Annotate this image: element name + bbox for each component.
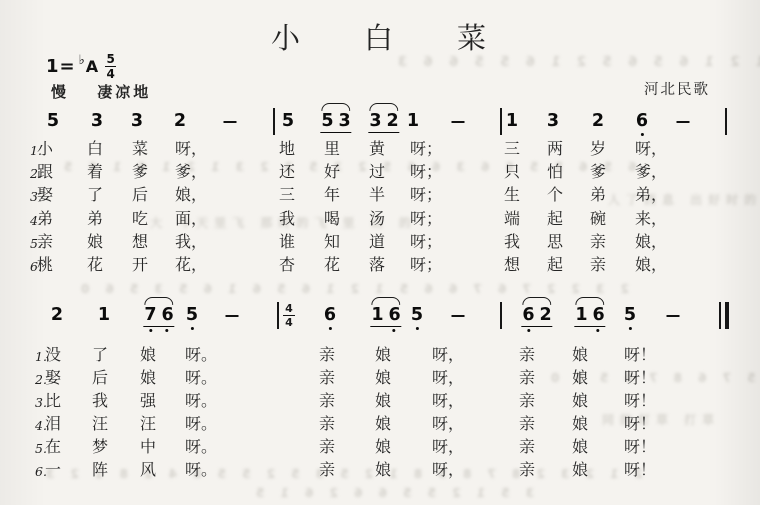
lyric-syllable: 亲	[519, 438, 535, 456]
lyric-syllable: 娘	[572, 415, 588, 433]
lyric-syllable: 在	[45, 438, 61, 456]
music-note: 1	[407, 101, 419, 140]
duration-dash	[226, 315, 239, 317]
lyric-syllable: 爹	[132, 163, 148, 181]
lyric-syllable: 地	[279, 140, 295, 158]
lyric-syllable: 娘，	[635, 256, 667, 274]
lyric-syllable: 娘	[140, 346, 156, 364]
music-note: 5	[282, 101, 294, 140]
beamed-digits: 32	[368, 111, 399, 133]
lyric-syllable: 半	[369, 186, 385, 204]
lyric-syllable: 面，	[175, 210, 207, 228]
slur-zone	[322, 101, 351, 111]
lyric-syllable: 年	[324, 186, 340, 204]
lyric-syllable: 呀，	[432, 369, 464, 387]
bleed-through-artifact: 同的灯草 打草	[602, 411, 720, 428]
lyric-syllable: 白	[87, 140, 103, 158]
bleed-through-artifact: 2 1 2 3 2 8 7 8 5 8 1 2 5 3 5 2 5 5 8 4 …	[40, 467, 643, 481]
music-note: 2	[174, 101, 186, 140]
lyric-syllable: 娘	[375, 346, 391, 364]
dot-zone	[625, 325, 636, 334]
octave-dot	[328, 327, 331, 330]
lyric-syllable: 花	[324, 256, 340, 274]
lyric-syllable: 岁	[590, 140, 606, 158]
lyric-syllable: 亲	[319, 415, 335, 433]
final-barline-thin	[719, 302, 721, 329]
lyric-syllable: 娘，	[175, 186, 207, 204]
lyric-syllable: 亲	[519, 461, 535, 479]
lyric-syllable: 呀，	[432, 392, 464, 410]
dot-zone	[187, 325, 198, 334]
lyric-syllable: 着	[87, 163, 103, 181]
lyric-syllable: 没	[45, 346, 61, 364]
barline	[725, 108, 727, 135]
dot-slot	[162, 329, 173, 332]
lyric-syllable: 汪	[92, 415, 108, 433]
lyric-syllable: 娘	[87, 233, 103, 251]
lyric-syllable: 过	[369, 163, 385, 181]
note-digit: 1	[371, 305, 383, 325]
lyric-syllable: 呀！	[624, 415, 656, 433]
lyric-syllable: 亲	[319, 461, 335, 479]
lyric-syllable: 三	[504, 140, 520, 158]
bleed-through-artifact: 2 3 2 2 7 6 7 6 6 5 1 2 1 6 5 6 1 6 5 3 …	[75, 282, 629, 296]
dot-slot	[412, 327, 423, 330]
tempo-mood: 凄凉地	[97, 83, 151, 101]
lyric-syllable: 呀；	[410, 163, 442, 181]
lyric-syllable: 开	[132, 256, 148, 274]
dot-zone	[524, 327, 551, 336]
lyric-syllable: 呀；	[410, 233, 442, 251]
octave-dot	[596, 329, 599, 332]
note-digit: 6	[324, 305, 336, 325]
octave-dot	[392, 329, 395, 332]
lyric-syllable: 我	[504, 233, 520, 251]
meter-bottom: 4	[106, 68, 114, 80]
note-digit: 5	[282, 111, 294, 131]
note-digit: 1	[98, 305, 110, 325]
slur-zone	[372, 295, 401, 305]
lyric-syllable: 亲	[319, 369, 335, 387]
lyric-syllable: 好	[324, 163, 340, 181]
note-digit: 1	[407, 111, 419, 131]
note-digit: 5	[411, 305, 423, 325]
note-digit: 6	[636, 111, 648, 131]
lyric-syllable: 娶	[37, 186, 53, 204]
note-digit: 5	[321, 111, 333, 131]
slur	[145, 297, 174, 305]
lyric-syllable: 我，	[175, 233, 207, 251]
lyric-syllable: 爹，	[175, 163, 207, 181]
note-pair: 53	[320, 101, 351, 142]
lyric-syllable: 风	[140, 461, 156, 479]
dot-zone	[373, 327, 400, 336]
lyric-syllable: 娘	[572, 369, 588, 387]
lyric-syllable: 梦	[92, 438, 108, 456]
note-digit: 2	[387, 111, 399, 131]
music-note: 6	[636, 101, 648, 140]
barline	[273, 108, 275, 135]
meter-top: 5	[106, 53, 114, 65]
lyric-syllable: 娘	[375, 461, 391, 479]
lyric-syllable: 里	[324, 140, 340, 158]
beamed-digits: 53	[320, 111, 351, 133]
music-note: 5	[47, 101, 59, 140]
dot-slot	[389, 329, 400, 332]
bleed-through-artifact: 人了西息 出好时的	[608, 191, 760, 208]
duration-dash	[452, 315, 465, 317]
music-note: 1	[98, 295, 110, 334]
duration-dash	[677, 121, 690, 123]
music-note: 5	[624, 295, 636, 334]
note-pair: 32	[368, 101, 399, 142]
note-pair: 16	[370, 295, 401, 336]
lyric-syllable: 呀！	[624, 438, 656, 456]
lyric-syllable: 娘	[572, 461, 588, 479]
lyric-syllable: 呀。	[185, 438, 217, 456]
beamed-digits: 16	[370, 305, 401, 327]
note-digit: 3	[339, 111, 351, 131]
slur-zone	[523, 295, 552, 305]
lyric-syllable: 阵	[92, 461, 108, 479]
slur-zone	[145, 295, 174, 305]
note-digit: 2	[592, 111, 604, 131]
meter-signature: 5 4	[105, 53, 116, 80]
slur	[370, 103, 399, 111]
music-note: 3	[91, 101, 103, 140]
lyric-syllable: 娘，	[635, 233, 667, 251]
lyric-syllable: 小	[37, 140, 53, 158]
lyric-syllable: 娘	[375, 392, 391, 410]
lyric-syllable: 娘	[375, 369, 391, 387]
lyric-syllable: 爹，	[635, 163, 667, 181]
note-pair: 16	[574, 295, 605, 336]
octave-dot	[165, 329, 168, 332]
lyric-syllable: 黄	[369, 140, 385, 158]
time-signature: 44	[283, 303, 295, 328]
bleed-through-artifact: 5 6 1 2 1 6 5 6 5 2 1 6 5 5 6 6 3	[392, 55, 760, 70]
tempo-marking: 慢 凄凉地	[51, 81, 151, 102]
lyric-syllable: 亲	[37, 233, 53, 251]
lyric-syllable: 花，	[175, 256, 207, 274]
lyric-syllable: 娘	[140, 369, 156, 387]
lyric-syllable: 桃	[37, 256, 53, 274]
lyric-syllable: 弟，	[635, 186, 667, 204]
flat-icon: ♭	[79, 53, 85, 68]
octave-dot	[527, 329, 530, 332]
lyric-syllable: 想	[504, 256, 520, 274]
bleed-through-artifact: 3 5 1 2 5 5 6 6 2 6 1 5	[250, 486, 534, 500]
music-note: 3	[547, 101, 559, 140]
note-digit: 5	[624, 305, 636, 325]
lyric-syllable: 呀！	[624, 346, 656, 364]
lyric-syllable: 菜	[132, 140, 148, 158]
note-digit: 3	[369, 111, 381, 131]
music-note: 5	[411, 295, 423, 334]
lyric-syllable: 来，	[635, 210, 667, 228]
note-digit: 3	[131, 111, 143, 131]
lyric-syllable: 起	[547, 210, 563, 228]
lyric-syllable: 呀，	[635, 140, 667, 158]
lyric-syllable: 呀！	[624, 392, 656, 410]
note-pair: 62	[521, 295, 552, 336]
lyric-syllable: 娘	[572, 438, 588, 456]
lyric-syllable: 爹	[590, 163, 606, 181]
barline	[500, 108, 502, 135]
lyric-syllable: 娘	[572, 392, 588, 410]
lyric-syllable: 娘	[572, 346, 588, 364]
lyric-syllable: 吃	[132, 210, 148, 228]
lyric-syllable: 跟	[37, 163, 53, 181]
lyric-syllable: 端	[504, 210, 520, 228]
dot-zone	[412, 325, 423, 334]
beamed-digits: 76	[143, 305, 174, 327]
lyric-syllable: 花	[87, 256, 103, 274]
slur	[372, 297, 401, 305]
beamed-digits: 62	[521, 305, 552, 327]
final-barline-thick	[725, 302, 730, 329]
lyric-syllable: 汪	[140, 415, 156, 433]
song-title-char: 菜	[457, 16, 486, 57]
lyric-syllable: 汤	[369, 210, 385, 228]
lyric-syllable: 两	[547, 140, 563, 158]
note-digit: 6	[162, 305, 174, 325]
lyric-syllable: 起	[547, 256, 563, 274]
lyric-syllable: 呀；	[410, 256, 442, 274]
lyric-syllable: 一	[45, 461, 61, 479]
dot-slot	[146, 329, 157, 332]
key-letter: A	[86, 57, 98, 76]
lyric-syllable: 呀。	[185, 346, 217, 364]
lyric-syllable: 呀。	[185, 415, 217, 433]
note-digit: 3	[91, 111, 103, 131]
octave-dot	[628, 327, 631, 330]
lyric-syllable: 娘	[375, 438, 391, 456]
lyric-syllable: 呀，	[432, 438, 464, 456]
time-bottom: 4	[285, 317, 293, 328]
lyric-syllable: 亲	[319, 392, 335, 410]
lyric-syllable: 碗	[590, 210, 606, 228]
lyric-syllable: 了	[87, 186, 103, 204]
note-digit: 1	[506, 111, 518, 131]
slur	[523, 297, 552, 305]
dot-slot	[187, 327, 198, 330]
dot-slot	[524, 329, 535, 332]
lyric-syllable: 泪	[45, 415, 61, 433]
lyric-syllable: 亲	[519, 346, 535, 364]
barline	[277, 302, 279, 329]
note-digit: 6	[593, 305, 605, 325]
lyric-syllable: 娶	[45, 369, 61, 387]
duration-dash	[224, 121, 237, 123]
tonic-prefix: 1=	[46, 56, 76, 77]
slur	[322, 103, 351, 111]
octave-dot	[190, 327, 193, 330]
lyric-syllable: 中	[140, 438, 156, 456]
note-digit: 7	[144, 305, 156, 325]
lyric-syllable: 呀，	[432, 461, 464, 479]
music-note: 1	[506, 101, 518, 140]
lyric-syllable: 亲	[519, 369, 535, 387]
time-top: 4	[285, 303, 293, 314]
note-digit: 2	[174, 111, 186, 131]
lyric-syllable: 弟	[37, 210, 53, 228]
lyric-syllable: 我	[92, 392, 108, 410]
lyric-syllable: 亲	[319, 438, 335, 456]
tempo-speed: 慢	[51, 83, 66, 101]
lyric-syllable: 知	[324, 233, 340, 251]
lyric-syllable: 呀；	[410, 210, 442, 228]
lyric-syllable: 个	[547, 186, 563, 204]
lyric-syllable: 三	[279, 186, 295, 204]
lyric-syllable: 我	[279, 210, 295, 228]
octave-dot	[149, 329, 152, 332]
lyric-syllable: 强	[140, 392, 156, 410]
lyric-syllable: 呀，	[432, 415, 464, 433]
song-title-char: 白	[364, 16, 393, 57]
source-credit: 河北民歌	[644, 78, 710, 99]
dot-slot	[637, 133, 648, 136]
lyric-syllable: 呀；	[410, 186, 442, 204]
music-note: 6	[324, 295, 336, 334]
lyric-syllable: 娘	[375, 415, 391, 433]
lyric-syllable: 弟	[590, 186, 606, 204]
note-digit: 5	[186, 305, 198, 325]
lyric-syllable: 呀！	[624, 461, 656, 479]
note-digit: 2	[540, 305, 552, 325]
lyric-syllable: 亲	[519, 392, 535, 410]
song-title: 小 白 菜	[271, 16, 486, 57]
lyric-syllable: 生	[504, 186, 520, 204]
lyric-syllable: 呀。	[185, 369, 217, 387]
lyric-syllable: 喝	[324, 210, 340, 228]
lyric-syllable: 亲	[319, 346, 335, 364]
lyric-syllable: 只	[504, 163, 520, 181]
duration-dash	[452, 121, 465, 123]
music-note: 2	[51, 295, 63, 334]
lyric-syllable: 亲	[519, 415, 535, 433]
sheet-music-page: 5 6 1 2 1 6 5 6 5 2 1 6 5 5 6 6 36 5 6 5…	[0, 0, 760, 505]
lyric-syllable: 杏	[279, 256, 295, 274]
dot-zone	[146, 327, 173, 336]
slur-zone	[370, 101, 399, 111]
song-title-char: 小	[271, 16, 300, 57]
lyric-syllable: 道	[369, 233, 385, 251]
lyric-syllable: 谁	[279, 233, 295, 251]
lyric-syllable: 了	[92, 346, 108, 364]
octave-dot	[640, 133, 643, 136]
dot-slot	[325, 327, 336, 330]
slur	[576, 297, 605, 305]
lyric-syllable: 后	[92, 369, 108, 387]
lyric-syllable: 呀；	[410, 140, 442, 158]
lyric-syllable: 比	[45, 392, 61, 410]
lyric-syllable: 想	[132, 233, 148, 251]
lyric-syllable: 呀。	[185, 392, 217, 410]
note-pair: 76	[143, 295, 174, 336]
lyric-syllable: 思	[547, 233, 563, 251]
note-digit: 3	[547, 111, 559, 131]
lyric-syllable: 弟	[87, 210, 103, 228]
note-digit: 6	[522, 305, 534, 325]
dot-slot	[593, 329, 604, 332]
duration-dash	[667, 315, 680, 317]
note-digit: 2	[51, 305, 63, 325]
lyric-syllable: 呀。	[185, 461, 217, 479]
slur-zone	[576, 295, 605, 305]
note-digit: 6	[389, 305, 401, 325]
octave-dot	[415, 327, 418, 330]
dot-zone	[577, 327, 604, 336]
lyric-syllable: 怕	[547, 163, 563, 181]
barline	[500, 302, 502, 329]
lyric-syllable: 亲	[590, 233, 606, 251]
lyric-syllable: 落	[369, 256, 385, 274]
beamed-digits: 16	[574, 305, 605, 327]
dot-slot	[625, 327, 636, 330]
key-signature: 1= ♭ A 5 4	[46, 53, 116, 80]
music-note: 2	[592, 101, 604, 140]
lyric-syllable: 后	[132, 186, 148, 204]
lyric-syllable: 亲	[590, 256, 606, 274]
note-digit: 1	[575, 305, 587, 325]
music-note: 5	[186, 295, 198, 334]
lyric-syllable: 还	[279, 163, 295, 181]
lyric-syllable: 呀！	[624, 369, 656, 387]
lyric-syllable: 呀，	[175, 140, 207, 158]
lyric-syllable: 呀，	[432, 346, 464, 364]
note-digit: 5	[47, 111, 59, 131]
dot-zone	[325, 325, 336, 334]
music-note: 3	[131, 101, 143, 140]
